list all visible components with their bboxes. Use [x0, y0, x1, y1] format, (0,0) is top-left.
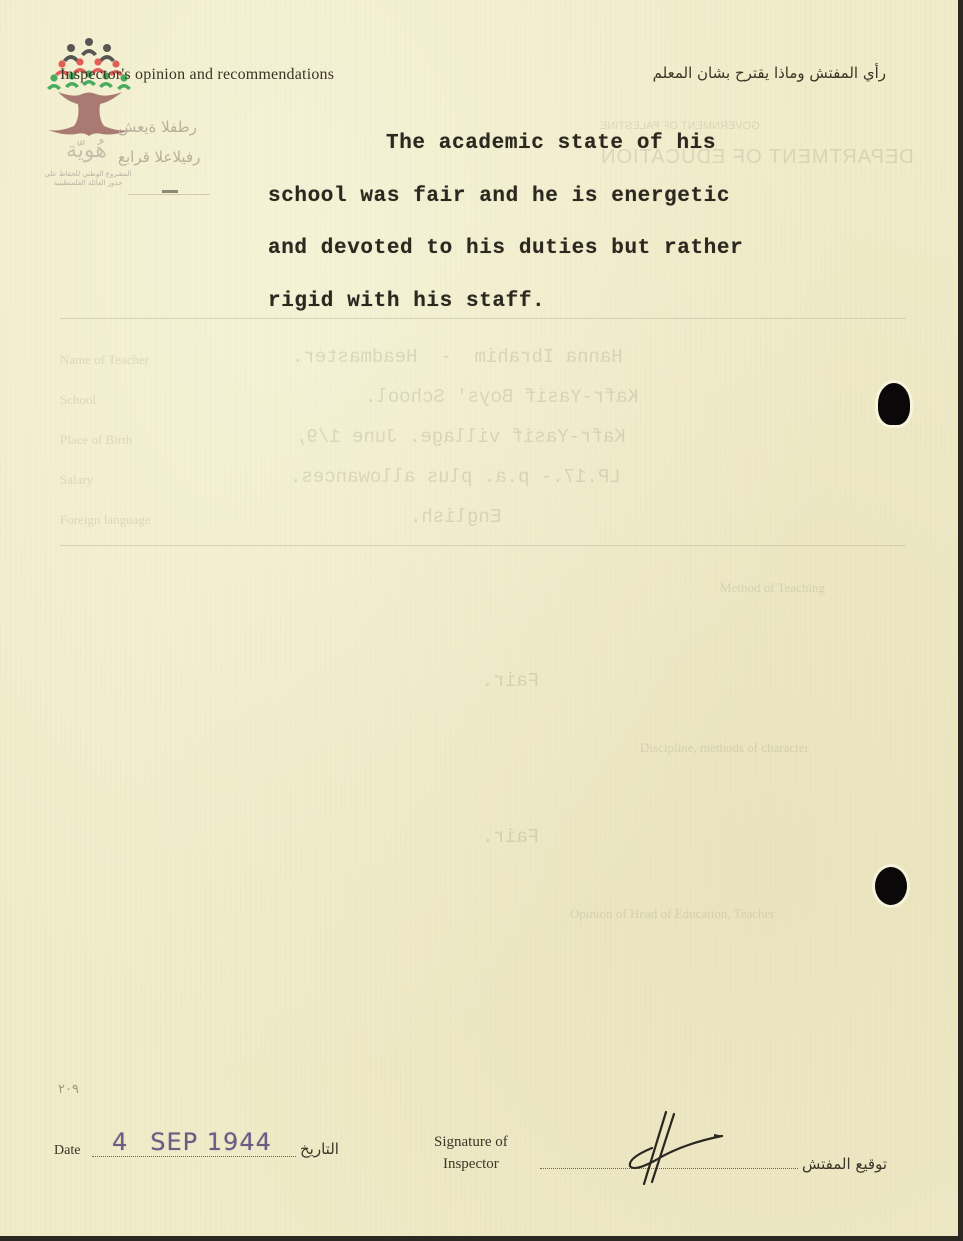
signature-label: Signature of Inspector	[434, 1131, 508, 1175]
opinion-line-3: and devoted to his duties but rather	[268, 237, 743, 260]
date-stamp-month-year: SEP 1944	[150, 1128, 272, 1156]
bleed-rule-top	[60, 318, 906, 319]
bleed-label-birth: Place of Birth	[60, 432, 132, 448]
hole-punch-top	[878, 383, 910, 425]
divider-line	[128, 194, 210, 195]
signature-label-ar: توقيع المفتش	[802, 1155, 887, 1173]
bleed-typed-line-5: English.	[410, 506, 501, 528]
watermark-brand-name: هُويّة	[66, 138, 107, 163]
bleed-typed-line-2: Kafr-Yasif Boys' School.	[365, 386, 639, 408]
scan-edge-right	[958, 0, 963, 1241]
hole-punch-bottom	[875, 867, 907, 905]
bleed-label-name: Name of Teacher	[60, 352, 149, 368]
section-title-ar: رأي المفتش وماذا يقترح بشان المعلم	[653, 64, 886, 82]
date-label: Date	[54, 1143, 80, 1159]
bleed-label-opinion: Opinion of Head of Education, Teacher	[570, 906, 775, 922]
opinion-line-1: The academic state of his	[386, 132, 716, 155]
opinion-line-4: rigid with his staff.	[268, 290, 545, 313]
date-field-line	[92, 1156, 296, 1157]
date-label-ar: التاريخ	[300, 1140, 339, 1158]
opinion-line-2: school was fair and he is energetic	[268, 185, 730, 208]
bleed-label-language: Foreign language	[60, 512, 151, 528]
bleed-label-discipline: Discipline, methods of character	[640, 740, 809, 756]
scanned-document-page: GOVERNMENT OF PALESTINE DEPARTMENT OF ED…	[0, 0, 958, 1236]
bleed-typed-line-4: LP.17.- p.a. plus allowances.	[290, 466, 621, 488]
section-title-en: Inspector's opinion and recommendations	[60, 66, 334, 84]
watermark-faint-arabic-1: رطفلا ةيعش	[118, 118, 197, 136]
signature-label-line-2: Inspector	[434, 1153, 508, 1175]
date-stamp: 4SEP 1944	[112, 1128, 272, 1156]
marginal-note: ٢٠٩	[58, 1082, 79, 1097]
bleed-header-line-1: GOVERNMENT OF PALESTINE	[600, 120, 760, 132]
watermark-faint-arabic-2: رفيلاعلا قرابع	[118, 148, 200, 166]
bleed-rule-mid	[60, 545, 906, 546]
date-stamp-day: 4	[112, 1128, 128, 1156]
bleed-answer-2: Fair.	[482, 826, 539, 848]
signature-label-line-1: Signature of	[434, 1131, 508, 1153]
bleed-label-school: School	[60, 392, 96, 408]
scan-edge-bottom	[0, 1236, 963, 1241]
watermark-caption: المشروع الوطني للحفاظ على جذور العائلة ا…	[40, 170, 136, 188]
bleed-typed-line-3: Kafr-Yasif village. June 1/9,	[295, 426, 626, 448]
handwritten-signature-icon	[622, 1108, 732, 1188]
bleed-answer-1: Fair.	[482, 670, 539, 692]
bleed-label-method: Method of Teaching	[720, 580, 825, 596]
dash-mark	[162, 190, 178, 193]
bleed-typed-line-1: Hanna Ibrahim - Headmaster.	[292, 346, 623, 368]
bleed-label-salary: Salary	[60, 472, 93, 488]
